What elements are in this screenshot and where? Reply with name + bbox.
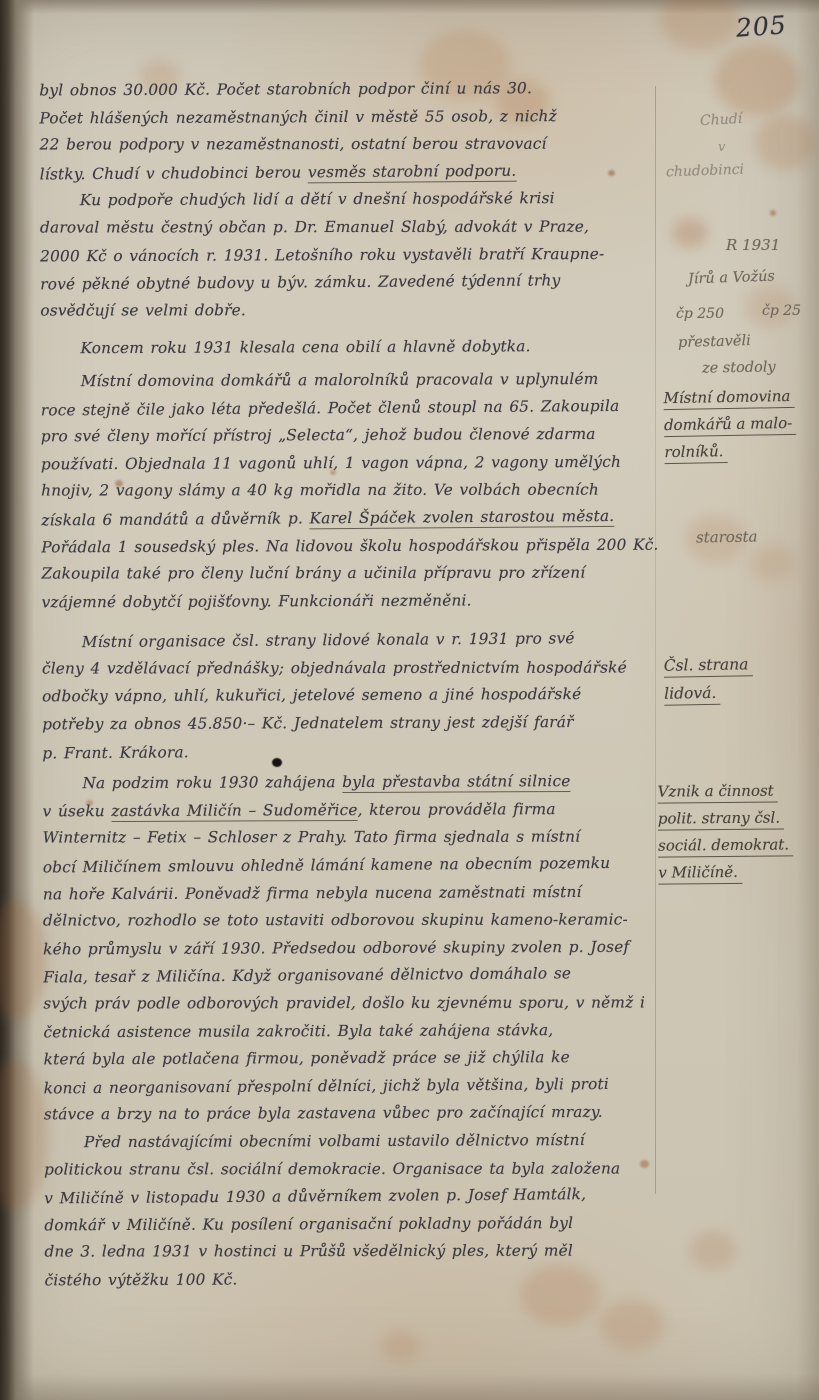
stain bbox=[690, 1230, 736, 1270]
text-line: osvědčují se velmi dobře. bbox=[40, 296, 656, 325]
text-line: svých práv podle odborových pravidel, do… bbox=[43, 989, 659, 1018]
text-line: 2000 Kč o vánocích r. 1931. Letošního ro… bbox=[40, 240, 656, 270]
margin-note-lidova: Čsl. strana lidová. bbox=[664, 655, 754, 706]
text-line: rové pěkné obytné budovy u býv. zámku. Z… bbox=[40, 267, 656, 299]
text-line: p. Frant. Krákora. bbox=[42, 735, 658, 767]
text-line: získala 6 mandátů a důvěrník p. Karel Šp… bbox=[41, 502, 657, 534]
text-line: Zakoupila také pro členy luční brány a u… bbox=[41, 560, 657, 589]
stain bbox=[600, 1300, 664, 1350]
text-line: Pořádala 1 sousedský ples. Na lidovou šk… bbox=[41, 531, 657, 561]
main-text: byl obnos 30.000 Kč. Počet starobních po… bbox=[39, 75, 660, 1295]
text-line: 22 berou podpory v nezaměstnanosti, osta… bbox=[40, 131, 656, 160]
text-line: Před nastávajícími obecními volbami usta… bbox=[44, 1127, 660, 1157]
text-line: čistého výtěžku 100 Kč. bbox=[45, 1265, 661, 1295]
text-line: stávce a brzy na to práce byla zastavena… bbox=[44, 1099, 660, 1129]
text-line: obcí Miličínem smlouvu ohledně lámání ka… bbox=[43, 850, 659, 882]
margin-note-starosta: starosta bbox=[696, 527, 758, 546]
stain bbox=[672, 218, 708, 248]
text-line: Na podzim roku 1930 zahájena byla přesta… bbox=[42, 768, 658, 798]
margin-note-chudi-line2: v bbox=[718, 140, 725, 155]
text-line: politickou stranu čsl. sociální demokrac… bbox=[44, 1155, 660, 1184]
text-line: četnická asistence musila zakročiti. Byl… bbox=[43, 1016, 659, 1046]
stain bbox=[750, 545, 794, 581]
margin-note-socdem: Vznik a činnost polit. strany čsl. sociá… bbox=[658, 781, 794, 884]
stain bbox=[715, 45, 800, 115]
text-line: Koncem roku 1931 klesala cena obilí a hl… bbox=[40, 333, 656, 363]
margin-note-1931-house2: čp 25 bbox=[762, 303, 801, 319]
margin-note-chudi-line1: Chudí bbox=[700, 111, 743, 129]
scanned-chronicle-page: 205 byl obnos 30.000 Kč. Počet starobníc… bbox=[0, 0, 819, 1400]
text-line: hnojiv, 2 vagony slámy a 40 kg mořidla n… bbox=[41, 477, 657, 506]
stain bbox=[380, 1330, 420, 1362]
text-line: lístky. Chudí v chudobinci berou vesměs … bbox=[40, 156, 656, 188]
margin-note-1931-line4: přestavěli bbox=[678, 333, 751, 351]
text-line: Fiala, tesař z Miličína. Když organisova… bbox=[43, 960, 659, 992]
text-line: vzájemné dobytčí pojišťovny. Funkcionáři… bbox=[42, 586, 658, 616]
text-line: konci a neorganisovaní přespolní dělníci… bbox=[44, 1070, 660, 1102]
stain bbox=[755, 115, 815, 170]
text-line: v úseku zastávka Miličín – Sudoměřice, k… bbox=[42, 795, 658, 825]
text-line: členy 4 vzdělávací přednášky; objednával… bbox=[42, 654, 658, 683]
text-line: daroval městu čestný občan p. Dr. Emanue… bbox=[40, 213, 656, 242]
margin-note-1931-year: R 1931 bbox=[726, 236, 780, 254]
text-line: Počet hlášených nezaměstnaných činil v m… bbox=[39, 102, 655, 132]
text-line: Místní organisace čsl. strany lidové kon… bbox=[42, 625, 658, 657]
margin-note-domovina: Místní domovina domkářů a malo- rolníků. bbox=[663, 387, 797, 464]
text-line: Winternitz – Fetix – Schloser z Prahy. T… bbox=[43, 824, 659, 853]
margin-note-1931-house1: čp 250 bbox=[676, 306, 724, 322]
text-line: pro své členy mořící přístroj „Selecta“,… bbox=[41, 421, 657, 451]
text-line: na hoře Kalvárii. Poněvadž firma nebyla … bbox=[43, 878, 659, 908]
margin-note-1931-line5: ze stodoly bbox=[702, 359, 776, 376]
text-line: Ku podpoře chudých lidí a dětí v dnešní … bbox=[40, 185, 656, 215]
stain bbox=[0, 900, 46, 1020]
text-line: roce stejně čile jako léta předešlá. Poč… bbox=[41, 392, 657, 424]
stain bbox=[660, 0, 740, 50]
text-line: byl obnos 30.000 Kč. Počet starobních po… bbox=[39, 75, 655, 105]
margin-note-1931-names: Jírů a Vožús bbox=[688, 268, 775, 287]
text-line: potřeby za obnos 45.850·– Kč. Jednatelem… bbox=[42, 709, 658, 739]
text-line: domkář v Miličíně. Ku posílení organisač… bbox=[44, 1209, 660, 1239]
text-line: dne 3. ledna 1931 v hostinci u Průšů vše… bbox=[44, 1238, 660, 1267]
text-line: která byla ale potlačena firmou, poněvad… bbox=[44, 1044, 660, 1074]
text-line: Místní domovina domkářů a malorolníků pr… bbox=[41, 366, 657, 396]
speck bbox=[770, 210, 776, 216]
page-number: 205 bbox=[735, 10, 788, 42]
text-line: dělnictvo, rozhodlo se toto ustaviti odb… bbox=[43, 907, 659, 936]
text-line: používati. Objednala 11 vagonů uhlí, 1 v… bbox=[41, 448, 657, 478]
stain bbox=[0, 1060, 48, 1210]
margin-note-chudi-line3: chudobinci bbox=[666, 162, 745, 181]
text-line: odbočky vápno, uhlí, kukuřici, jetelové … bbox=[42, 681, 658, 711]
text-line: kého průmyslu v září 1930. Předsedou odb… bbox=[43, 933, 659, 963]
text-line: v Miličíně v listopadu 1930 a důvěrníkem… bbox=[44, 1181, 660, 1213]
